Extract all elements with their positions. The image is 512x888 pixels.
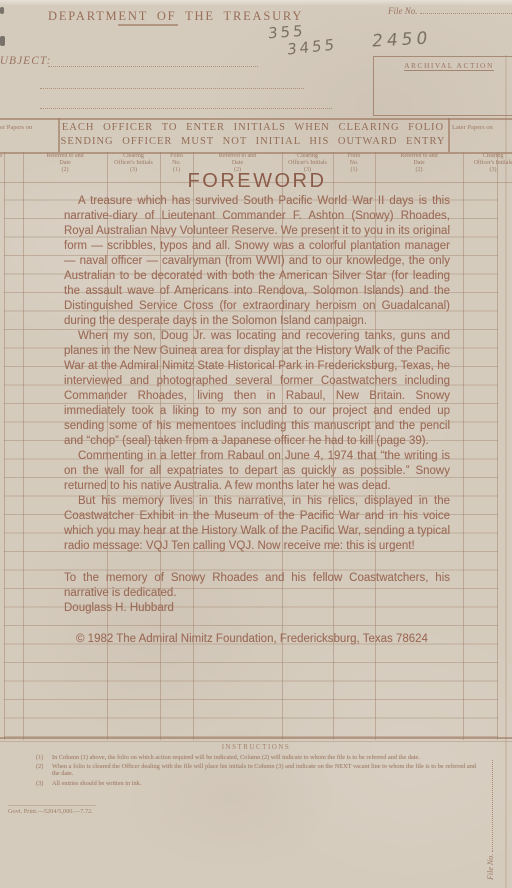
foreword-paragraph: But his memory lives in this narrative, … bbox=[64, 494, 450, 554]
file-no-field: File No. bbox=[388, 6, 512, 16]
subject-line-3 bbox=[40, 108, 332, 109]
subject-line-2 bbox=[40, 88, 304, 89]
table-column-line bbox=[4, 152, 5, 740]
handwritten-number-2450: 2450 bbox=[371, 28, 433, 51]
file-no-label: File No. bbox=[388, 6, 418, 16]
archival-action-box: ARCHIVAL ACTION bbox=[373, 56, 512, 116]
vertical-file-no-dotted-leader bbox=[486, 760, 493, 852]
foreword-title: FOREWORD bbox=[64, 170, 450, 193]
foreword-body: A treasure which has survived South Paci… bbox=[64, 194, 450, 647]
banner-right-divider bbox=[448, 118, 450, 152]
subject-line-1 bbox=[48, 66, 258, 67]
dedication-paragraph: To the memory of Snowy Rhoades and his f… bbox=[64, 571, 450, 601]
print-code: Govt. Print.—5204/5,000.—7.72. bbox=[8, 808, 93, 815]
later-papers-label: Later Papers on bbox=[452, 124, 512, 131]
instruction-item: (1) In Column (1) above, the folio on wh… bbox=[36, 754, 476, 761]
table-bottom-rule-2 bbox=[0, 741, 512, 742]
scanned-treasury-folio-page: DEPARTMENT OF THE TREASURY File No. 355 … bbox=[0, 0, 512, 888]
department-title: DEPARTMENT OF THE TREASURY bbox=[48, 9, 303, 24]
print-code-rule bbox=[8, 805, 96, 806]
instructions-section: INSTRUCTIONS (1) In Column (1) above, th… bbox=[36, 743, 476, 789]
vertical-file-no-field: File No. bbox=[486, 760, 495, 880]
subject-label: SUBJECT: bbox=[0, 55, 51, 67]
table-column-line bbox=[497, 152, 498, 740]
archival-action-label: ARCHIVAL ACTION bbox=[374, 61, 512, 70]
banner-top-rule bbox=[0, 118, 512, 120]
clearing-banner: EACH OFFICER TO ENTER INITIALS WHEN CLEA… bbox=[58, 121, 448, 149]
vertical-file-no-label: File No. bbox=[486, 854, 495, 880]
copyright-line: © 1982 The Admiral Nimitz Foundation, Fr… bbox=[64, 632, 450, 647]
table-column-line bbox=[23, 152, 24, 740]
instruction-item: (3) All entries should be written in ink… bbox=[36, 780, 476, 787]
department-title-underline bbox=[118, 24, 178, 26]
page-edge-line bbox=[505, 55, 507, 888]
handwritten-number-3455: 3455 bbox=[287, 35, 338, 58]
scan-speck bbox=[0, 36, 5, 46]
banner-line-2: SENDING OFFICER MUST NOT INITIAL HIS OUT… bbox=[58, 135, 448, 149]
banner-line-1: EACH OFFICER TO ENTER INITIALS WHEN CLEA… bbox=[58, 121, 448, 135]
foreword-paragraph: When my son, Doug Jr. was locating and r… bbox=[64, 329, 450, 449]
foreword-paragraph: Commenting in a letter from Rabaul on Ju… bbox=[64, 449, 450, 494]
table-column-line bbox=[463, 152, 464, 740]
table-bottom-rule-1 bbox=[0, 737, 512, 739]
instruction-item: (2) When a folio is cleared the Officer … bbox=[36, 763, 476, 777]
foreword-paragraph: A treasure which has survived South Paci… bbox=[64, 194, 450, 329]
author-signature: Douglass H. Hubbard bbox=[64, 601, 450, 616]
file-no-dotted-leader bbox=[420, 6, 512, 14]
instructions-title: INSTRUCTIONS bbox=[36, 743, 476, 751]
scan-speck bbox=[0, 7, 4, 14]
former-papers-label: Former Papers on bbox=[0, 124, 56, 131]
